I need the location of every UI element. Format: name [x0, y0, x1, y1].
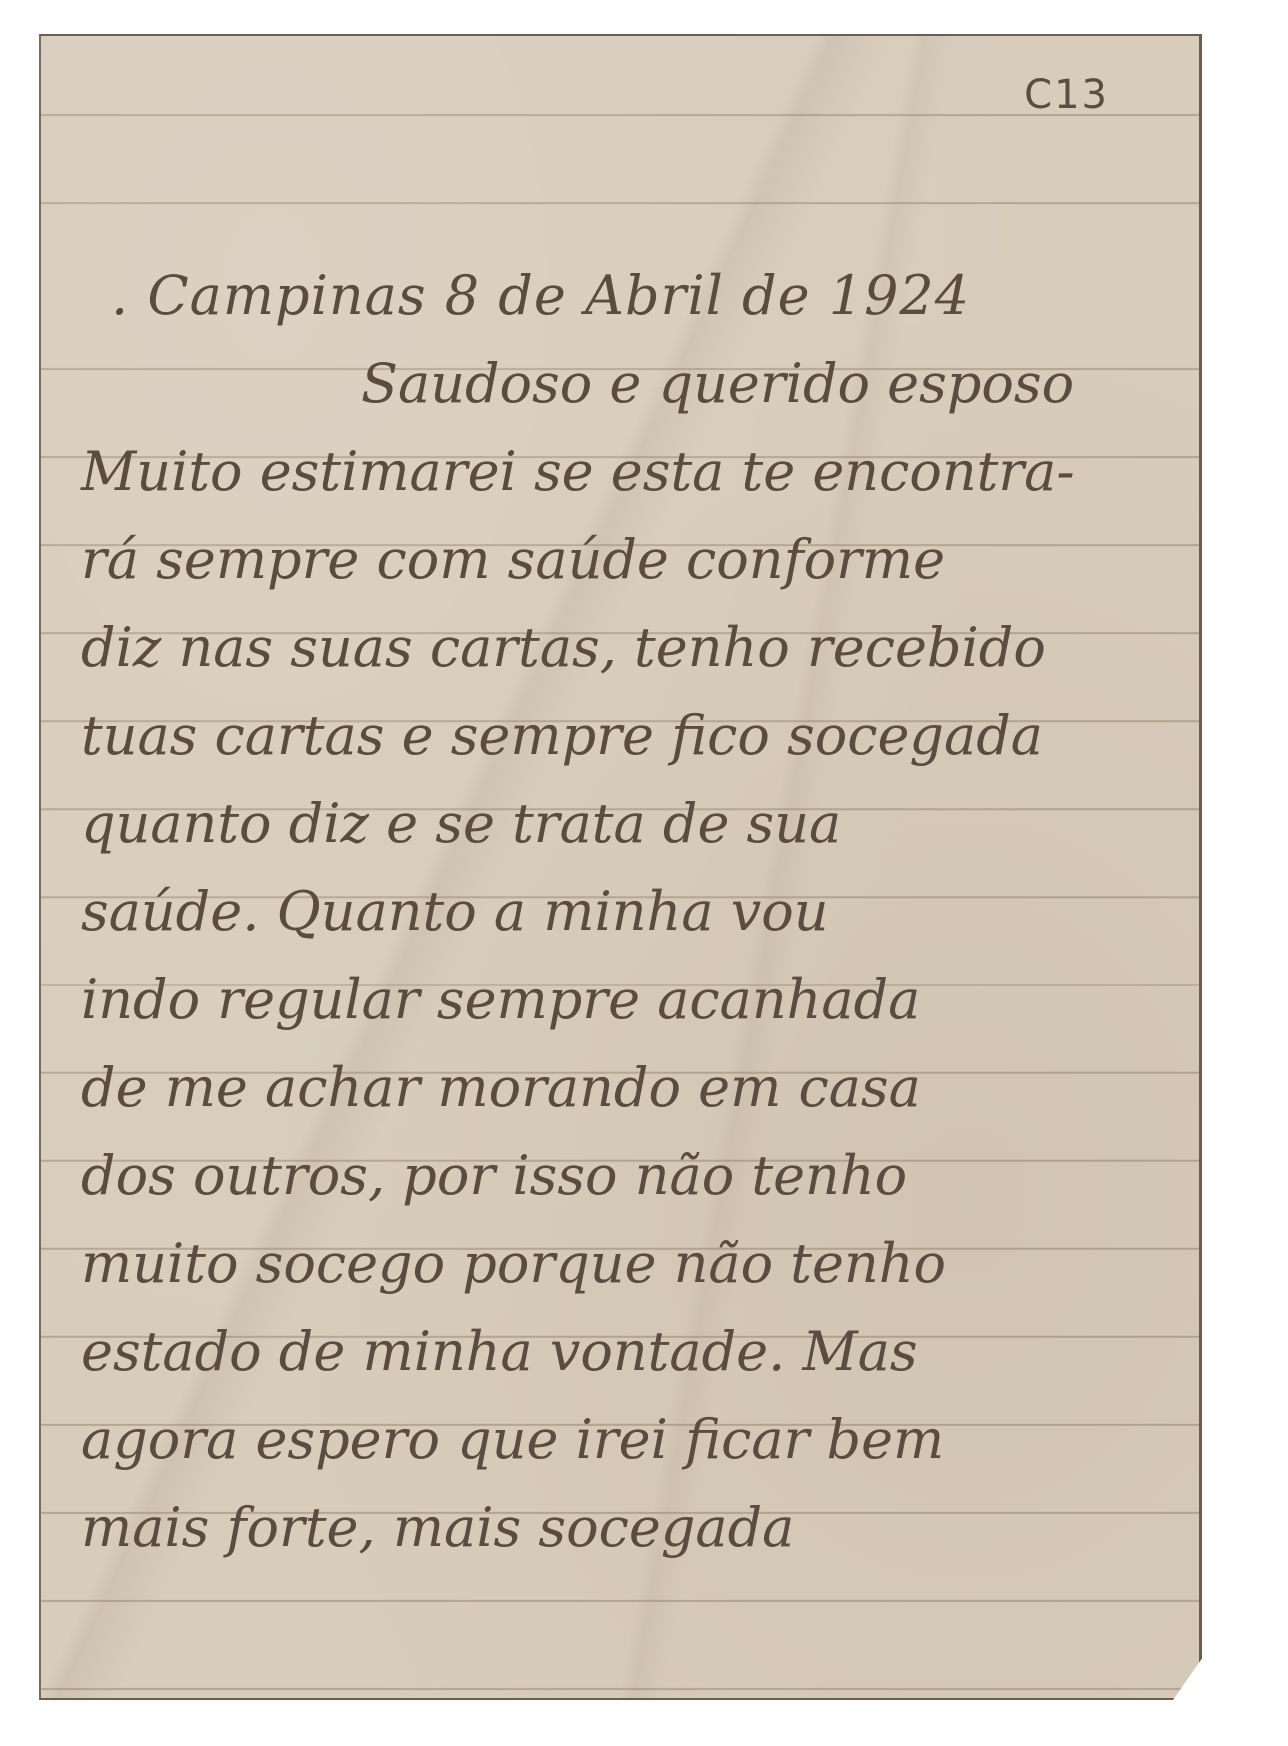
body-line: Muito estimarei se esta te encontra- — [81, 428, 1161, 516]
body-line: diz nas suas cartas, tenho recebido — [81, 604, 1161, 692]
letter-page: C13 . Campinas 8 de Abril de 1924 Saudos… — [39, 34, 1202, 1700]
body-line: tuas cartas e sempre fico socegada — [81, 692, 1161, 780]
body-line: de me achar morando em casa — [81, 1044, 1161, 1132]
body-line: indo regular sempre acanhada — [81, 956, 1161, 1044]
letter-text: . Campinas 8 de Abril de 1924 Saudoso e … — [81, 252, 1161, 1572]
body-line: agora espero que irei ficar bem — [81, 1396, 1161, 1484]
body-line: quanto diz e se trata de sua — [81, 780, 1161, 868]
body-line: saúde. Quanto a minha vou — [81, 868, 1161, 956]
body-line: mais forte, mais socegada — [81, 1484, 1161, 1572]
body-line: dos outros, por isso não tenho — [81, 1132, 1161, 1220]
body-line: estado de minha vontade. Mas — [81, 1308, 1161, 1396]
body-line: rá sempre com saúde conforme — [81, 516, 1161, 604]
place-date-line: . Campinas 8 de Abril de 1924 — [81, 252, 1161, 340]
archive-id-label: C13 — [1024, 72, 1109, 118]
salutation-line: Saudoso e querido esposo — [81, 340, 1161, 428]
body-line: muito socego porque não tenho — [81, 1220, 1161, 1308]
